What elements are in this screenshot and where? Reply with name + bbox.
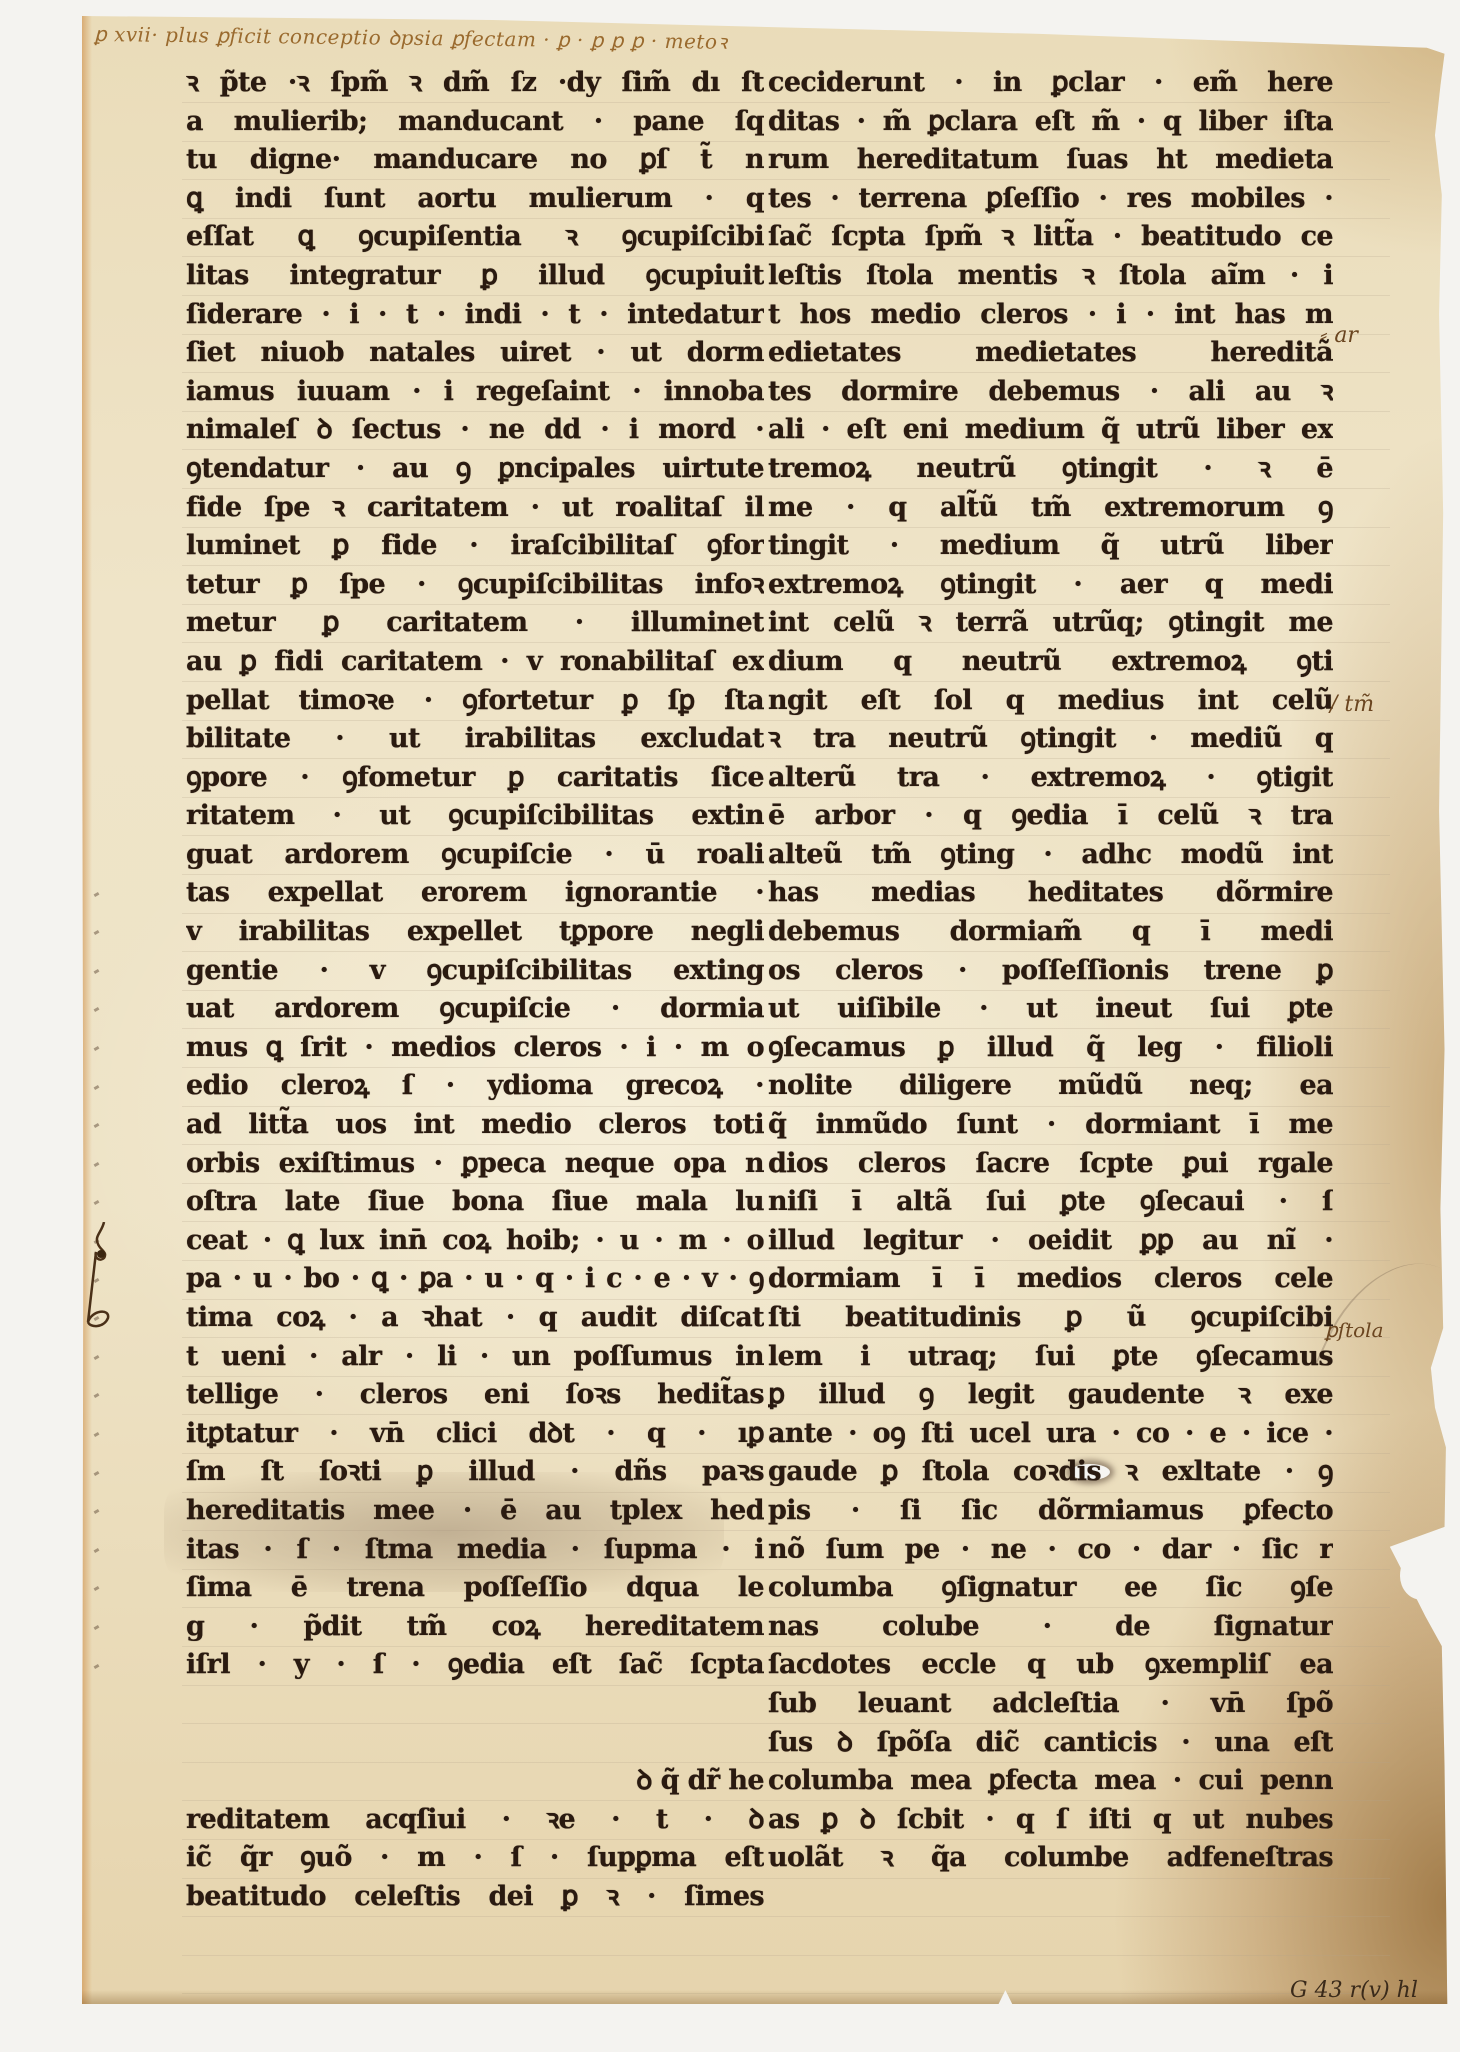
- text-line: eſſat ꝗ ꝯcupiſentia ꝛ ꝯcupiſcibi: [186, 218, 764, 257]
- text-line: fide ſpe ꝛ caritatem · ut roalitaſ il: [186, 489, 764, 528]
- marginal-note-tm: / tm̃: [1330, 692, 1374, 717]
- text-line: itas · ſ · ſtma media · ſupma · i: [186, 1531, 764, 1570]
- pricking-mark: [94, 1085, 100, 1090]
- text-line: ꝛ tra neutrũ ꝯtingit · mediũ q: [768, 720, 1333, 759]
- text-line: tu digne· manducare no ꝑſ t̃ n: [186, 141, 764, 180]
- text-line: niſi ī altã ſui ꝑte ꝯſecaui · ſ: [768, 1183, 1333, 1222]
- text-line: ali · eſt eni medium q̃ utrũ liber ex: [768, 411, 1333, 450]
- text-line: nas colube · de ſignatur: [768, 1608, 1333, 1647]
- pricking-mark: [94, 1586, 100, 1591]
- shelfmark: G 43 r(v) hl: [1290, 1978, 1418, 2003]
- text-line: ic̃ q̃r ꝯuõ · m · ſ · ſupꝑma eſt: [186, 1839, 764, 1878]
- text-line: ante · oꝯ ſti ucel ura · co · e · ice ·: [768, 1415, 1333, 1454]
- text-line: ut uiſibile · ut ineut ſui ꝑte: [768, 990, 1333, 1029]
- text-line: os cleros · poſſeſſionis trene ꝑ: [768, 952, 1333, 991]
- text-line: illud legitur · oeidit ꝑꝑ au nı̃ ·: [768, 1222, 1333, 1261]
- pricking-mark: [94, 1123, 100, 1128]
- text-line: ceat · ꝗ lux inn̄ coꝝ hoib; · u · m · o: [186, 1222, 764, 1261]
- ruling-line: [182, 1993, 1390, 1994]
- text-line: dium q neutrũ extremoꝝ ꝯti: [768, 643, 1333, 682]
- text-line: tetur ꝑ ſpe · ꝯcupiſcibilitas infoꝛ: [186, 566, 764, 605]
- text-line: tes dormire debemus · ali au ꝛ: [768, 373, 1333, 412]
- pricking-mark: [94, 1625, 100, 1630]
- text-line: metur ꝑ caritatem · illuminet: [186, 604, 764, 643]
- text-line: tes · terrena ꝑſeſſio · res mobiles ·: [768, 180, 1333, 219]
- text-line: edio cleroꝝ ſ · ydioma grecoꝝ ·: [186, 1067, 764, 1106]
- text-line: ſti beatitudinis ꝑ ũ ꝯcupiſcibi: [768, 1299, 1333, 1338]
- text-line: luminet ꝑ fide · iraſcibilitaſ ꝯfor: [186, 527, 764, 566]
- text-line: alteũ tm̃ ꝯting · adhc modũ int: [768, 836, 1333, 875]
- text-line: ſiderare · i · t · indi · t · intedatur: [186, 296, 764, 335]
- text-line: g · p̃dit tm̃ coꝝ hereditatem: [186, 1608, 764, 1647]
- text-line: tremoꝝ neutrũ ꝯtingit · ꝛ ē: [768, 450, 1333, 489]
- text-line: dormiam ī ī medios cleros cele: [768, 1260, 1333, 1299]
- text-line: ritatem · ut ꝯcupiſcibilitas extin: [186, 797, 764, 836]
- text-line: litas integratur ꝑ illud ꝯcupiuit: [186, 257, 764, 296]
- text-line: ꝛ p̃te ·ꝛ ſpm̃ ꝛ dm̃ ſz ·dy ſim̃ dı ſt: [186, 64, 764, 103]
- text-line: tas expellat erorem ignorantie ·: [186, 874, 764, 913]
- text-line: rum hereditatum ſuas ht medieta: [768, 141, 1333, 180]
- text-line: iamus iuuam · i regeſaint · innoba: [186, 373, 764, 412]
- ruling-line: [182, 1955, 1390, 1956]
- text-line: q̃ inmũdo ſunt · dormiant ī me: [768, 1106, 1333, 1145]
- text-line: t ueni · alr · li · un poſſumus in: [186, 1338, 764, 1377]
- text-line: ad litt̃a uos int medio cleros toti: [186, 1106, 764, 1145]
- text-line: pis · ſi ſic dõrmiamus ꝑfecto: [768, 1492, 1333, 1531]
- text-line: has medias heditates dõrmire: [768, 874, 1333, 913]
- text-line: extremoꝝ ꝯtingit · aer q medi: [768, 566, 1333, 605]
- pricking-mark: [94, 1548, 100, 1553]
- text-line: itꝑtatur · vn̄ clici dꝺt · q · ıꝑ: [186, 1415, 764, 1454]
- pricking-mark: [94, 1471, 100, 1476]
- pricking-mark: [94, 969, 100, 974]
- text-line: as ꝑ ꝺ ſcbit · q ſ iſti q ut nubes: [768, 1801, 1333, 1840]
- text-line: ꝯtendatur · au ꝯ ꝑncipales uirtute: [186, 450, 764, 489]
- pricking-mark: [94, 892, 100, 897]
- text-line: ngit eſt ſol q medius int celũ: [768, 682, 1333, 721]
- marginal-note-pstola: ꝑſtola: [1325, 1318, 1384, 1342]
- text-line: pa · u · bo · ꝗ · ꝑa · u · q · i c · e ·…: [186, 1260, 764, 1299]
- pricking-mark: [94, 1355, 100, 1360]
- text-line: t hos medio cleros · i · int has m: [768, 296, 1333, 335]
- text-line: int celũ ꝛ terrã utrũq; ꝯtingit me: [768, 604, 1333, 643]
- text-line: v irabilitas expellet tꝑpore negli: [186, 913, 764, 952]
- text-line: ſima ē trena poſſeſſio dqua le: [186, 1569, 764, 1608]
- text-line: nõ ſum pe · ne · co · dar · ſic r: [768, 1531, 1333, 1570]
- text-line: ſub leuant adcleſtia · vn̄ ſpõ: [768, 1685, 1333, 1724]
- text-line: bilitate · ut irabilitas excludat: [186, 720, 764, 759]
- pricking-mark: [94, 1393, 100, 1398]
- text-line: reditatem acqſiui · ꝛe · t · ꝺ: [186, 1801, 764, 1840]
- text-line: gaude ꝑ ſtola coꝛdis ꝛ exltate · ꝯ: [768, 1453, 1333, 1492]
- text-line: ſiet niuob natales uiret · ut dorm: [186, 334, 764, 373]
- pricking-mark: [94, 1007, 100, 1012]
- text-line: iſrl · y · ſ · ꝯedia eſt ſac̃ ſcpta: [186, 1646, 764, 1685]
- text-line: au ꝑ fidi caritatem · v ronabilitaſ ex: [186, 643, 764, 682]
- pricking-mark: [94, 1046, 100, 1051]
- text-line: pellat timoꝛe · ꝯfortetur ꝑ ſꝑ ſta: [186, 682, 764, 721]
- text-line: mus ꝗ ſrit · medios cleros · i · m o: [186, 1029, 764, 1068]
- text-line: [186, 1685, 764, 1724]
- pricking-mark: [94, 1162, 100, 1167]
- text-line: uolãt ꝛ q̃a columbe adfeneſtras: [768, 1839, 1333, 1878]
- text-line: uat ardorem ꝯcupiſcie · dormia: [186, 990, 764, 1029]
- text-line: leſtis ſtola mentis ꝛ ſtola aı̃m · i: [768, 257, 1333, 296]
- text-line: beatitudo celeſtis dei ꝑ ꝛ · ſimes: [186, 1878, 764, 1917]
- pricking-mark: [94, 1200, 100, 1205]
- pricking-mark: [94, 1509, 100, 1514]
- text-line: me · q alt̃ũ tm̃ extremorum ꝯ: [768, 489, 1333, 528]
- text-line: tingit · medium q̃ utrũ liber: [768, 527, 1333, 566]
- pricking-mark: [94, 930, 100, 935]
- text-line: ſac̃ ſcpta ſpm̃ ꝛ litt̃a · beatitudo ce: [768, 218, 1333, 257]
- marginal-letter-b-icon: [74, 1222, 114, 1332]
- left-column: ꝛ p̃te ·ꝛ ſpm̃ ꝛ dm̃ ſz ·dy ſim̃ dı ſta …: [186, 64, 764, 1917]
- text-line: columba ꝯſignatur ee ſic ꝯſe: [768, 1569, 1333, 1608]
- text-line: a mulierib; manducant · pane ſq: [186, 103, 764, 142]
- text-line: ꝯpore · ꝯfometur ꝑ caritatis ſice: [186, 759, 764, 798]
- text-line: ꝑ illud ꝯ legit gaudente ꝛ exe: [768, 1376, 1333, 1415]
- text-line: tellige · cleros eni ſoꝛs hedit̃as: [186, 1376, 764, 1415]
- text-line: dios cleros ſacre ſcpte ꝑui rgale: [768, 1145, 1333, 1184]
- pricking-mark: [94, 1664, 100, 1669]
- text-line: oſtra late ſiue bona ſiue mala lu: [186, 1183, 764, 1222]
- right-column: ceciderunt · in ꝑclar · em̃ hereditas · …: [768, 64, 1333, 1878]
- text-line: tima coꝝ · a ꝛhat · q audit diſcat: [186, 1299, 764, 1338]
- text-line: debemus dormiam̃ q ī medi: [768, 913, 1333, 952]
- text-line: ꝺ q̃ dr̃ he: [186, 1762, 764, 1801]
- text-line: ē arbor · q ꝯedia ī celũ ꝛ tra: [768, 797, 1333, 836]
- text-line: orbis exiſtimus · ꝑpeca neque opa n: [186, 1145, 764, 1184]
- text-line: ditas · m̃ ꝑclara eſt m̃ · q liber iſta: [768, 103, 1333, 142]
- text-line: ſm ſt ſoꝛti ꝑ illud · dñs paꝛs: [186, 1453, 764, 1492]
- text-line: columba mea ꝑfecta mea · cui penn: [768, 1762, 1333, 1801]
- pricking-mark: [94, 1432, 100, 1437]
- text-line: ſus ꝺ ſpõſa dic̃ canticis · una eſt: [768, 1724, 1333, 1763]
- text-line: edietates medietates hereditã: [768, 334, 1333, 373]
- text-line: gentie · v ꝯcupiſcibilitas exting: [186, 952, 764, 991]
- text-line: [186, 1724, 764, 1763]
- text-line: ſacdotes eccle q ub ꝯxempliſ ea: [768, 1646, 1333, 1685]
- text-line: ꝯſecamus ꝑ illud q̃ leg · filioli: [768, 1029, 1333, 1068]
- text-line: nimaleſ ꝺ ſectus · ne dd · i mord ·: [186, 411, 764, 450]
- text-line: hereditatis mee · ē au tplex hed: [186, 1492, 764, 1531]
- text-line: alterũ tra · extremoꝝ · ꝯtigit: [768, 759, 1333, 798]
- text-line: ꝗ indi ſunt aortu mulierum · q: [186, 180, 764, 219]
- edge-tear: [1400, 1540, 1455, 1600]
- text-line: nolite diligere mũdũ neq; ea: [768, 1067, 1333, 1106]
- text-line: guat ardorem ꝯcupiſcie · ū roali: [186, 836, 764, 875]
- marginal-note-ar: ⸗ ar: [1320, 322, 1358, 348]
- text-line: lem i utraq; ſui ꝑte ꝯſecamus: [768, 1338, 1333, 1377]
- text-line: ceciderunt · in ꝑclar · em̃ here: [768, 64, 1333, 103]
